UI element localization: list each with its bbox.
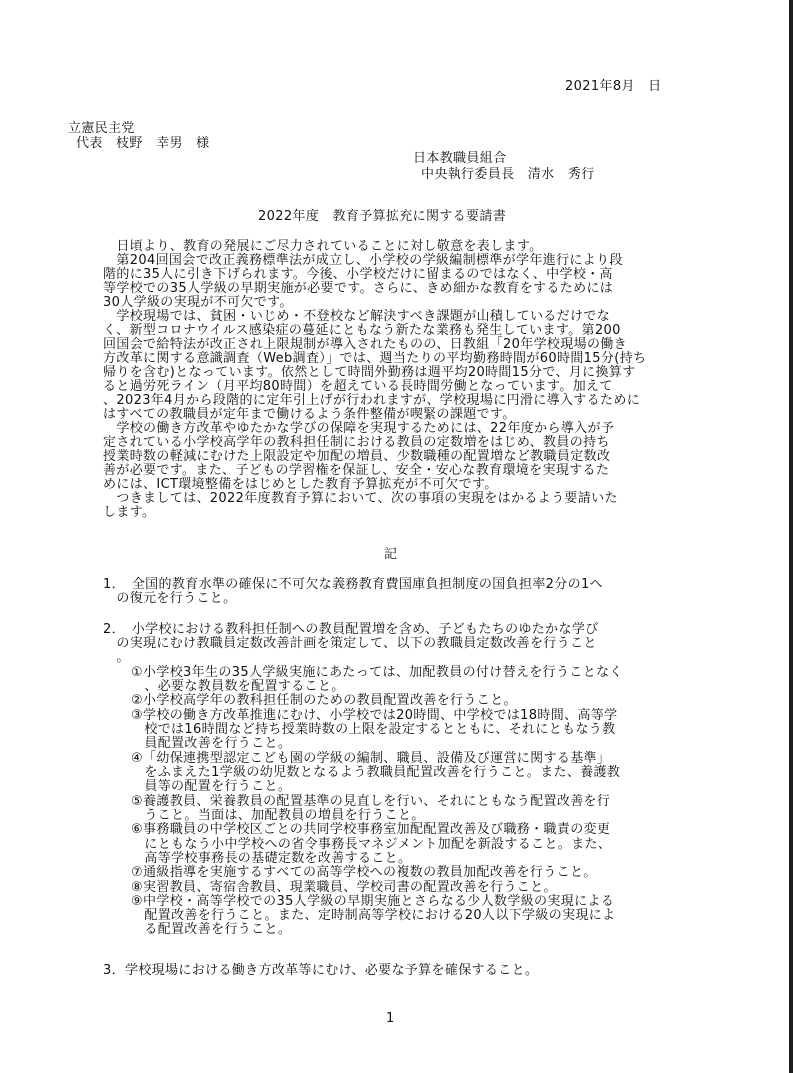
body-line: 30人学級の実現が不可欠です。 (103, 296, 293, 310)
subitem-line: ⑤養護教員、栄養教員の配置基準の見直しを行い、それにともなう配置改善を行 (131, 795, 610, 809)
subitem-line: ⑨中学校・高等学校での35人学級の早期実施とさらなる少人数学級の実現による (131, 895, 614, 909)
body-line: 第204回国会で改正義務標準法が成立し、小学校の学級編制標準が学年進行により段 (103, 254, 623, 268)
body-line: 学校の働き方改革やゆたかな学びの保障を実現するためには、22年度から導入が予 (103, 422, 614, 436)
subitem-line: ④「幼保連携型認定こども園の学級の編制、職員、設備及び運営に関する基準」 (131, 752, 610, 766)
viewer-right-edge (789, 0, 793, 1073)
subitem-line: ⑥事務職員の中学校区ごとの共同学校事務室加配配置改善及び職務・職責の変更 (131, 823, 610, 837)
body-line: 善が必要です。また、子どもの学習権を保証し、安全・安心な教育環境を実現するた (103, 464, 609, 478)
subitem-line: にともなう小中学校への省令事務長マネジメント加配を新設すること。また、 (131, 838, 611, 852)
body-line: 定されている小学校高学年の教科担任制における教員の定数増をはじめ、教員の持ち (103, 436, 610, 450)
page-number: 1 (386, 1012, 395, 1026)
subitem-line: 員等の配置を行うこと。 (131, 780, 291, 794)
sender-organization: 日本教職員組合 (413, 152, 506, 166)
document-title: 2022年度 教育予算拡充に関する要請書 (258, 210, 506, 224)
subitem-line: る配置改善を行うこと。 (131, 923, 291, 937)
subitem-line: 配置改善を行うこと。また、定時制高等学校における20人以下学級の実現によ (131, 909, 616, 923)
body-line: 、2023年4月から段階的に定年引上げが行われますが、学校現場に円滑に導入するた… (103, 394, 640, 408)
ki-heading: 記 (384, 548, 397, 562)
document-date: 2021年8月 日 (565, 80, 662, 94)
subitem-line: うこと。当面は、加配教員の増員を行うこと。 (131, 809, 425, 823)
subitem-line: ②小学校高学年の教科担任制のための教員配置改善を行うこと。 (131, 694, 517, 708)
item-line: 。 (103, 651, 130, 665)
subitem-line: 校では16時間など持ち授業時数の上限を設定するとともに、それにともなう教 (131, 723, 616, 737)
item-line: 1． 全国的教育水準の確保に不可欠な義務教育費国庫負担制度の国負担率2分の1へ (103, 578, 603, 592)
item-line: 2． 小学校における教科担任制への教員配置増を含め、子どもたちのゆたかな学び (103, 623, 599, 637)
body-line: 方改革に関する意識調査（Web調査）」では、週当たりの平均勤務時間が60時間15… (103, 352, 646, 366)
addressee-person: 代表 枝野 幸男 様 (76, 137, 210, 151)
subitem-line: ③学校の働き方改革推進にむけ、小学校では20時間、中学校では18時間、高等学 (131, 709, 618, 723)
subitem-line: をふまえた1学級の幼児数となるよう教職員配置改善を行うこと。また、養護教 (131, 766, 620, 780)
addressee-organization: 立憲民主党 (68, 122, 135, 136)
body-line: 回国会で給特法が改正され上限規制が導入されたものの、日教組「20年学校現場の働き (103, 338, 627, 352)
document-page: 2021年8月 日 立憲民主党 代表 枝野 幸男 様 日本教職員組合 中央執行委… (0, 0, 789, 1073)
subitem-line: ⑦通級指導を実施するすべての高等学校への複数の教員加配改善を行うこと。 (131, 866, 597, 880)
subitem-line: 員配置改善を行うこと。 (131, 737, 291, 751)
body-line: 日頃より、教育の発展にご尽力されていることに対し敬意を表します。 (103, 240, 543, 254)
body-line: はすべての教職員が定年まで働けるよう条件整備が喫緊の課題です。 (103, 408, 516, 422)
body-line: ると過労死ライン（月平均80時間）を超えている長時間労働となっています。加えて (103, 380, 613, 394)
body-line: 階的に35人に引き下げられます。今後、小学校だけに留まるのではなく、中学校・高 (103, 268, 613, 282)
item-line: の復元を行うこと。 (103, 592, 237, 606)
subitem-line: 、必要な教員数を配置すること。 (131, 680, 345, 694)
item-line: の実現にむけ教職員定数改善計画を策定して、以下の教職員定数改善を行うこと (103, 637, 597, 651)
body-line: 学校現場では、貧困・いじめ・不登校など解決すべき課題が山積しているだけでな (103, 310, 610, 324)
subitem-line: 高等学校事務長の基礎定数を改善すること。 (131, 852, 411, 866)
body-line: します。 (103, 506, 155, 520)
sender-person: 中央執行委員長 清水 秀行 (421, 168, 595, 182)
body-line: 等学校での35人学級の早期実施が必要です。さらに、きめ細かな教育をするためには (103, 282, 613, 296)
body-line: めには、ICT環境整備をはじめとした教育予算拡充が不可欠です。 (103, 478, 498, 492)
body-line: く、新型コロナウイルス感染症の蔓延にともなう新たな業務も発生しています。第200 (103, 324, 621, 338)
body-line: 帰りを含む)となっています。依然として時間外勤務は週平均20時間15分で、月に換… (103, 366, 636, 380)
body-line: つきましては、2022年度教育予算において、次の事項の実現をはかるよう要請いた (103, 492, 618, 506)
body-line: 授業時数の軽減にむけた上限設定や加配の増員、少数職種の配置増など教職員定数改 (103, 450, 610, 464)
subitem-line: ⑧実習教員、寄宿舎教員、現業職員、学校司書の配置改善を行うこと。 (131, 881, 557, 895)
item-line: 3．学校現場における働き方改革等にむけ、必要な予算を確保すること。 (103, 964, 538, 978)
subitem-line: ①小学校3年生の35人学級実施にあたっては、加配教員の付け替えを行うことなく (131, 666, 623, 680)
